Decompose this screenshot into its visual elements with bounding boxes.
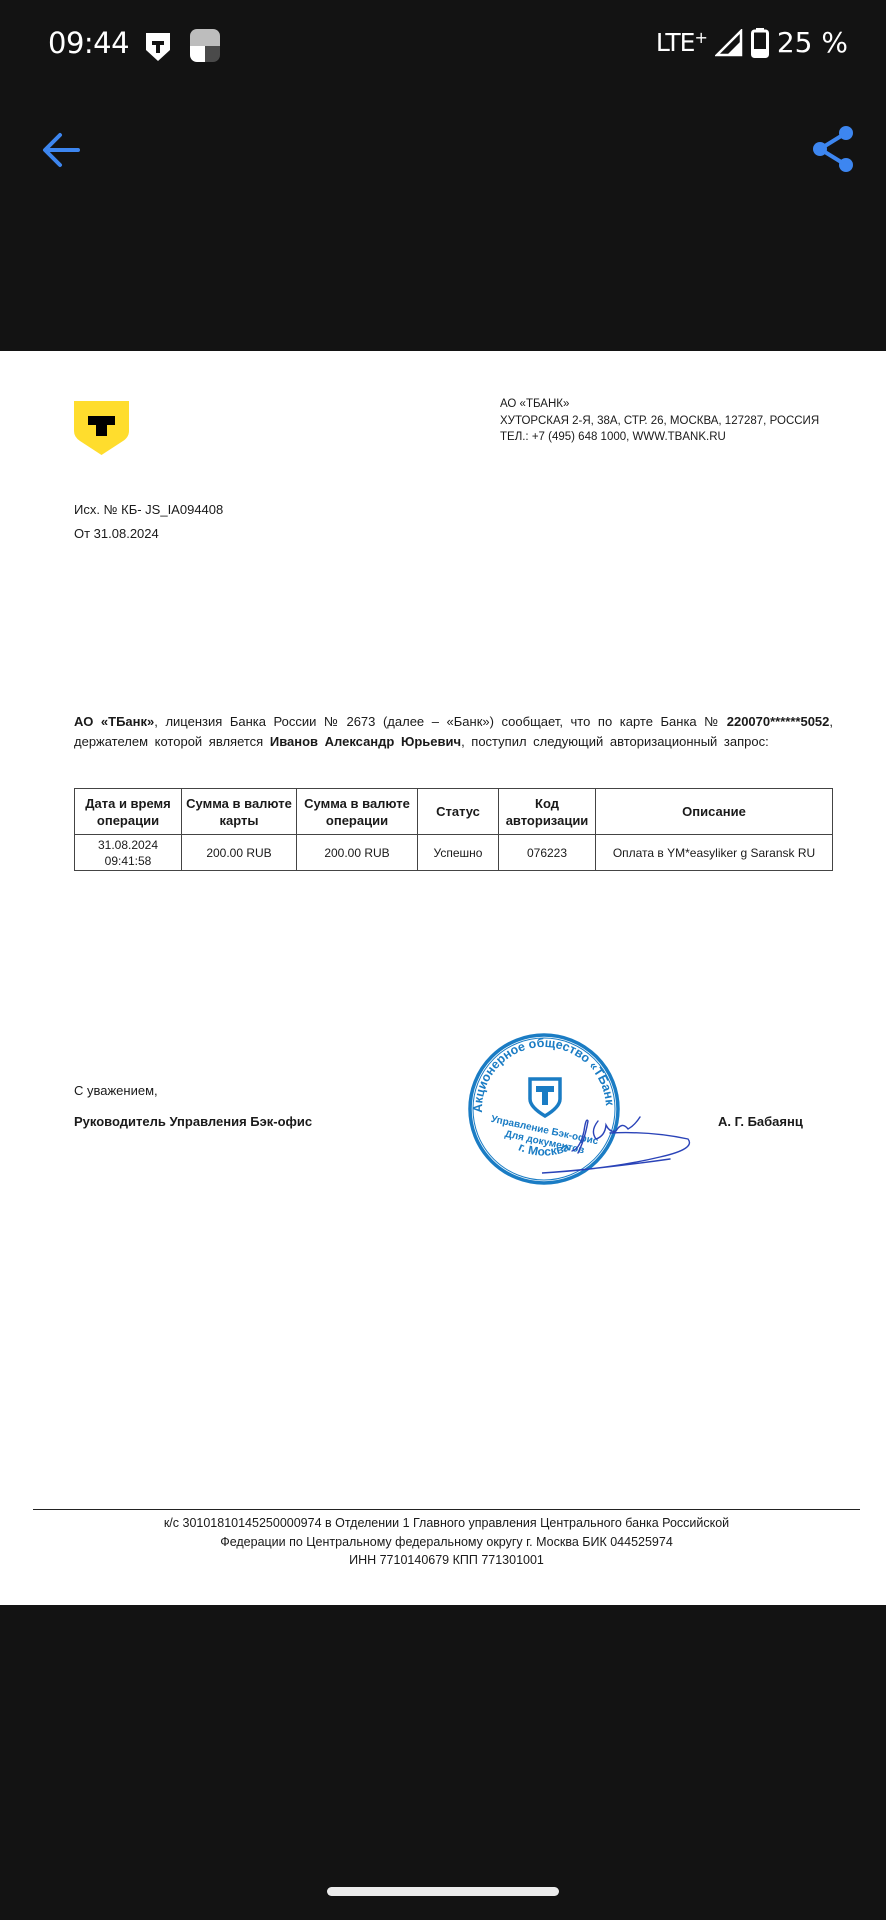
card-holder: Иванов Александр Юрьевич [270,734,461,749]
cell-auth-code: 076223 [499,835,596,871]
viewer-toolbar [0,100,886,200]
status-indicators: LTE+ 25 % [656,26,848,59]
col-description: Описание [596,789,833,835]
footer-divider [33,1509,860,1510]
signer-name: А. Г. Бабаянц [718,1114,803,1129]
company-header: АО «ТБАНК» ХУТОРСКАЯ 2-Я, 38А, СТР. 26, … [500,396,819,446]
status-time: 09:44 [48,26,129,60]
col-auth-code: Код авторизации [499,789,596,835]
document-page: АО «ТБАНК» ХУТОРСКАЯ 2-Я, 38А, СТР. 26, … [0,351,886,1605]
bank-name: АО «ТБанк» [74,714,154,729]
cell-card-amount: 200.00 RUB [182,835,297,871]
reference-number: Исх. № КБ- JS_IA094408 [74,498,223,522]
home-indicator[interactable] [327,1887,559,1896]
col-card-amount: Сумма в валюте карты [182,789,297,835]
battery-icon [751,28,769,58]
arrow-left-icon[interactable] [36,128,86,172]
signal-icon [715,29,743,57]
status-bar: 09:44 LTE+ 25 % [0,0,886,90]
regards: С уважением, [74,1083,158,1098]
col-datetime: Дата и время операции [75,789,182,835]
company-contacts: ТЕЛ.: +7 (495) 648 1000, WWW.TBANK.RU [500,429,819,446]
signer-position: Руководитель Управления Бэк-офис [74,1114,312,1129]
share-icon[interactable] [808,124,858,174]
col-op-amount: Сумма в валюте операции [297,789,418,835]
reference-block: Исх. № КБ- JS_IA094408 От 31.08.2024 [74,498,223,546]
authorization-table: Дата и время операции Сумма в валюте кар… [74,788,833,871]
company-address: ХУТОРСКАЯ 2-Я, 38А, СТР. 26, МОСКВА, 127… [500,413,819,430]
cell-datetime: 31.08.202409:41:58 [75,835,182,871]
network-type: LTE+ [656,28,707,57]
reference-date: От 31.08.2024 [74,522,223,546]
cell-status: Успешно [418,835,499,871]
tbank-shield-icon [145,32,171,62]
table-header-row: Дата и время операции Сумма в валюте кар… [75,789,833,835]
col-status: Статус [418,789,499,835]
letter-body: АО «ТБанк», лицензия Банка России № 2673… [74,712,833,751]
bank-stamp-icon: Акционерное общество «ТБанк» Управление … [460,1021,710,1191]
card-number: 220070******5052 [727,714,830,729]
tbank-logo-icon [74,401,129,456]
battery-level: 25 % [777,26,848,59]
company-name: АО «ТБАНК» [500,396,819,413]
app-grid-icon [190,29,220,62]
table-row: 31.08.202409:41:58 200.00 RUB 200.00 RUB… [75,835,833,871]
bank-details-footer: к/с 30101810145250000974 в Отделении 1 Г… [33,1514,860,1570]
cell-description: Оплата в YM*easyliker g Saransk RU [596,835,833,871]
cell-op-amount: 200.00 RUB [297,835,418,871]
